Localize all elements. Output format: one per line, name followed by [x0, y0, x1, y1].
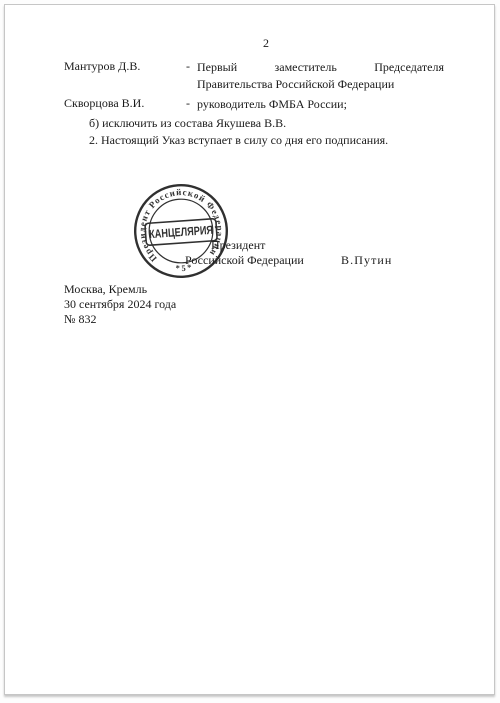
separator-dash: - — [186, 96, 190, 111]
signee-name: В.Путин — [341, 253, 392, 268]
issuance-date: 30 сентября 2024 года — [64, 297, 176, 312]
stamp-center-text: КАНЦЕЛЯРИЯ — [149, 223, 214, 241]
stamp-bottom-text: * 5 * — [174, 262, 192, 274]
appointee-name: Мантуров Д.В. — [64, 59, 140, 74]
separator-dash: - — [186, 59, 190, 74]
appointee-name: Скворцова В.И. — [64, 96, 144, 111]
chancellery-stamp-icon: Президент Российской Федерации * 5 * КАН… — [121, 171, 241, 291]
decree-paragraphs: б) исключить из состава Якушева В.В. 2. … — [89, 115, 388, 149]
stamp-group: Президент Российской Федерации * 5 * КАН… — [132, 182, 230, 280]
decree-paragraph-2: 2. Настоящий Указ вступает в силу со дня… — [89, 132, 388, 149]
appointee-role: Первый заместитель Председателя Правител… — [197, 59, 444, 93]
document-page: 2 Мантуров Д.В. - Первый заместитель Пре… — [4, 4, 495, 695]
decree-number: № 832 — [64, 312, 176, 327]
appointee-role: руководитель ФМБА России; — [197, 96, 347, 113]
decree-paragraph-b: б) исключить из состава Якушева В.В. — [89, 115, 388, 132]
page-number: 2 — [263, 36, 269, 51]
